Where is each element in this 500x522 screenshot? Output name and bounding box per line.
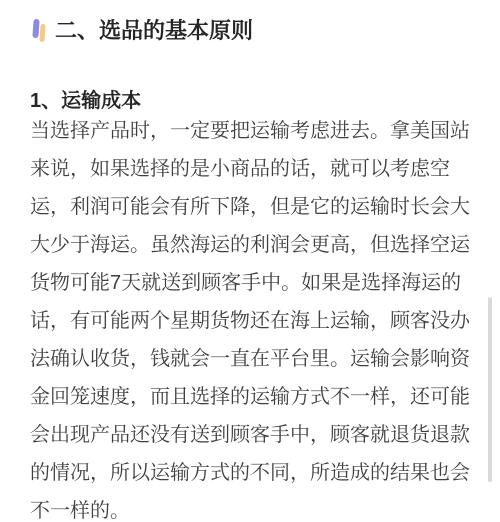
paragraph-line: 运，利润可能会有所下降，但是它的运输时长会大 [30, 188, 476, 226]
paragraph-line: 法确认收货，钱就会一直在平台里。运输会影响资 [30, 340, 476, 378]
paragraph-line: 当选择产品时，一定要把运输考虑进去。拿美国站 [30, 112, 476, 150]
article-page: 二、选品的基本原则 1、运输成本 当选择产品时，一定要把运输考虑进去。拿美国站 … [0, 0, 500, 522]
paragraph-line: 大少于海运。虽然海运的利润会更高，但选择空运 [30, 226, 476, 264]
paragraph-line: 话，有可能两个星期货物还在海上运输，顾客没办 [30, 302, 476, 340]
paragraph-line: 的情况，所以运输方式的不同，所造成的结果也会 [30, 454, 476, 492]
paragraph-line: 金回笼速度，而且选择的运输方式不一样，还可能 [30, 378, 476, 416]
body-paragraph: 当选择产品时，一定要把运输考虑进去。拿美国站 来说，如果选择的是小商品的话，就可… [30, 112, 476, 522]
page-title: 二、选品的基本原则 [55, 14, 253, 45]
paragraph-line: 货物可能7天就送到顾客手中。如果是选择海运的 [30, 264, 476, 302]
page-title-row: 二、选品的基本原则 [33, 14, 253, 45]
paragraph-line: 会出现产品还没有送到顾客手中，顾客就退货退款 [30, 416, 476, 454]
scrollbar-thumb[interactable] [488, 297, 492, 482]
title-marker-bar-left [32, 18, 39, 37]
title-marker-bar-right [39, 23, 45, 41]
paragraph-line: 不一样的。 [30, 492, 476, 522]
section-heading: 1、运输成本 [30, 84, 141, 113]
title-marker-icon [33, 16, 48, 44]
paragraph-line: 来说，如果选择的是小商品的话，就可以考虑空 [30, 150, 476, 188]
